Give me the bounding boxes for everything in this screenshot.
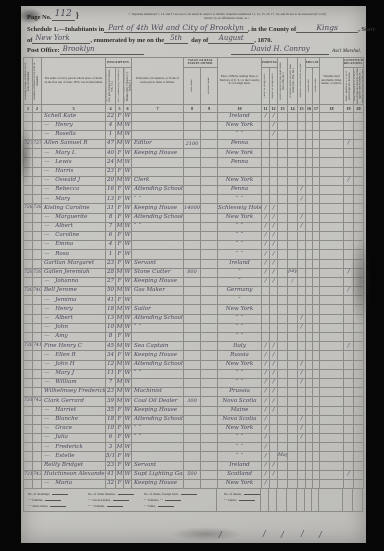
county-label: , in the County of [248,26,296,33]
post-office-value: Brooklyn [60,46,144,55]
table-row: — Mary L40FWKeeping HouseNew York [24,149,364,158]
col-sex-header: Sex.—Males (M.), Females (F.) [116,67,124,104]
year-label: , 1870. [254,37,272,44]
col-vote-denied-header: Male Citizens of U. S. of 21 years of ag… [354,67,364,104]
table-row: — Henry18MWSailorNew York [24,305,364,314]
table-row: — Emma4FW″ ″// [24,241,364,250]
totals-block-foreign: No. of males, foreign born, ″ ″ females,… [144,491,197,509]
table-row: — Albert7MW″ ″″ ″/// [24,222,364,231]
col-birthplace-header: Place of Birth, naming State or Territor… [218,57,262,104]
page-no-value: 112 [52,10,75,21]
table-row: — Marguerite8FWAttending SchoolNew York/… [24,213,364,222]
table-row: Wilhelmsey Frederick23MWMachinistPrussia… [24,388,364,397]
table-row: — William7MW″ ″/// [24,378,364,387]
totals-footer: No. of dwellings, ″ ″ families, ″ ″ whit… [23,489,363,512]
page-no-label: Page No. [27,14,52,21]
col-cannot-read-header: Cannot read. [306,67,313,104]
table-row: — Harriet35FWKeeping HouseMaine// [24,406,364,415]
table-row: — Harris23FW [24,167,364,176]
group-value: VALUE OF REAL ESTATE OWNED. [184,57,218,67]
census-page-scan: Page No. 112 } ☞ Inquiries numbered 7, 1… [21,6,366,543]
table-row: 731742Clark Gerrard39MWCoal Oil Dealer30… [24,397,364,406]
col-male-citizen-header: Male Citizens of U. S. of 21 years of ag… [344,67,354,104]
table-row: — Albert13MWAttending School″ ″/ [24,314,364,323]
table-row: — Oswald J20MWClerkNew York/ [24,176,364,185]
tally-mark: / [263,529,266,538]
totals-block-dwellings: No. of dwellings, ″ ″ families, ″ ″ whit… [28,491,68,509]
table-row: 729739Gallen Jeremiah28MWStone Cutter800… [24,268,364,277]
table-row: — Blanche18FWAttending SchoolNova Scotia… [24,415,364,424]
group-education: EDUCATION. [306,57,320,67]
district-value: Part of 4th Wd and City of Brooklyn [104,24,248,33]
table-row: 731743Hutchinson Alexander41MWSupt Light… [24,470,364,479]
table-row: — Rosella1MW″ ″/ [24,130,364,139]
post-office-label: Post Office: [27,47,60,54]
instructions-line1: ☞ Inquiries numbered 7, 14, and 17 are n… [128,12,325,16]
col-father-foreign-header: Father of foreign birth. [262,67,270,104]
instructions-note: ☞ Inquiries numbered 7, 14, and 17 are n… [93,12,361,21]
col-color-header: Color.—White (W.), Black (B.), Mulatto (… [124,67,132,104]
table-row: 728738Kisling Caroline31FWKeeping House1… [24,204,364,213]
table-row: — Johanna27FWKeeping House″/// [24,277,364,286]
table-row: — Mary13FW″ ″″ ″/ [24,195,364,204]
state-label: , State [358,26,375,33]
page-no-brace: } [76,12,79,21]
enumerated-label: , enumerated by me on the [90,37,164,44]
table-row: — Ellen R34FWKeeping HouseRussia// [24,351,364,360]
col-school-header: Attended school within the year. [298,57,306,104]
tally-mark: / [219,530,222,539]
table-row: — Rosa1FW″ ″// [24,250,364,259]
table-row: 730741Fine Henry C45MWSea CaptainItaly//… [24,342,364,351]
page-header: Page No. 112 } ☞ Inquiries numbered 7, 1… [21,6,366,55]
table-row: — John10MW″ ″″ ″/ [24,323,364,332]
table-row: 727737Allen Samuel R47MWEditor2100Penna/ [24,140,364,149]
tally-mark: / [319,530,322,539]
table-row: — Grace10FW″ ″New York// [24,424,364,433]
col-family-header: Families, numbered in the order of visit… [33,57,42,104]
group-description: DESCRIPTION. [106,57,132,67]
table-row: Gartlan Margaret23FWServantIreland// [24,259,364,268]
table-row: — Mary J11FW″ ″″ ″/// [24,369,364,378]
tally-mark: / [281,530,284,539]
table-row: — Estelle5/12FW″ ″/May [24,452,364,461]
day-value: 5th [164,35,188,44]
col-mother-foreign-header: Mother of foreign birth. [270,67,278,104]
marshal-title: Ass't Marshal. [332,49,361,55]
col-real-estate-header: Real Estate. [184,67,201,104]
totals-block-insane: No. of insane, ″ ″ idiotic, [224,491,260,503]
totals-block-females: No. of white females, ″ ″ colored males,… [88,491,134,509]
col-occupation-header: Profession, Occupation, or Trade of each… [132,57,184,104]
county-value: Kings [296,24,358,33]
table-body: Schell Kate22FWIreland//— Henry4MWNew Yo… [24,112,364,489]
col-age-header: Age at last birth-day. If under 1 year, … [106,67,116,104]
table-row: Reilly Bridget23FWServantIreland// [24,461,364,470]
table-row: Schell Kate22FWIreland// [24,112,364,121]
table-row: 730740Bell Jerome50MWGas MakerGermany/ [24,287,364,296]
table-row: — Jemima41FW″ [24,296,364,305]
table-row: — Julia6FW″ ″″ ″// [24,434,364,443]
col-born-month-header: If born within the year, state month (Ja… [278,57,288,104]
tally-mark: / [301,529,304,538]
group-parentage: PARENTAGE. [262,57,278,67]
table-row: — Henry4MWNew York/ [24,121,364,130]
instructions-line2: merely by an affirmative mark, as /. [204,16,250,20]
table-row: — Frederick3MW″ ″/ [24,443,364,452]
census-table: Dwelling-houses, numbered in the order o… [23,57,364,490]
schedule-title: Schedule 1.—Inhabitants in [27,26,104,33]
column-number-row: 12 34 56 78 910 1112 1314 1516 1718 1920 [24,104,364,112]
table-row: — Rebecca16FWAttending SchoolPenna/ [24,186,364,195]
marshal-signature: David H. Conroy [231,46,329,55]
table-row: — Amy8FW″ ″ [24,333,364,342]
table-row: — John H12MWAttending SchoolNew York/// [24,360,364,369]
col-dwelling-header: Dwelling-houses, numbered in the order o… [24,57,33,104]
state-value: New York [32,35,90,44]
day-of-label: day of [191,37,208,44]
table-row: — Caroline6FW″ ″// [24,231,364,240]
col-disability-header: Whether deaf and dumb, blind, insane, or… [320,57,344,104]
table-row: — Maria32FWKeeping HouseNew York/ [24,480,364,489]
table-row: — Lewis24MWPenna [24,158,364,167]
col-married-month-header: If married within the year, state month … [288,57,298,104]
col-personal-estate-header: Personal Estate. [201,67,218,104]
month-value: August [208,35,254,44]
col-name-header: The name of every person whose place of … [42,57,106,104]
tally-marks: / / / / / [23,530,361,540]
col-cannot-write-header: Cannot write. [313,67,320,104]
group-constitutional: CONSTITUTIONAL RELATIONS. [344,57,364,67]
